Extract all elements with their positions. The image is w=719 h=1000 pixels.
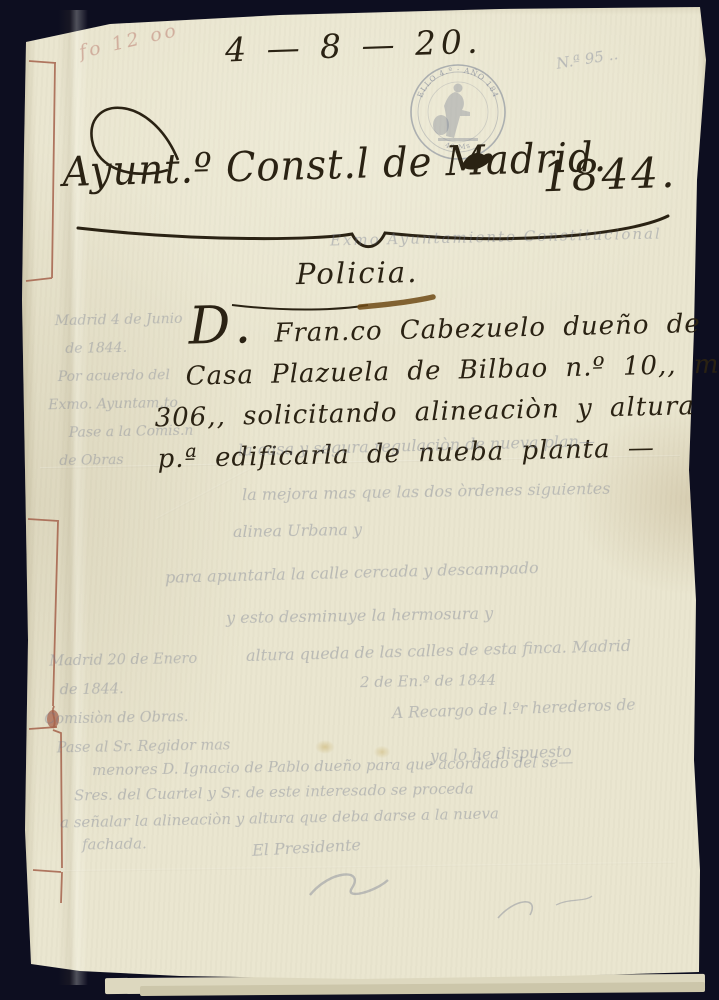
ghost-line: 2 de En.º de 1844 [360,671,496,691]
ghost-line: alinea Urbana y [233,520,362,541]
margin-note-line: Madrid 20 de Enero [49,644,229,676]
margin-note-line: Por acuerdo del [58,361,193,391]
ghost-line: fachada. [82,834,147,853]
margin-note-lower: Madrid 20 de Enero de 1844. Comisiòn de … [43,644,231,763]
margin-note-upper: Madrid 4 de Junio de 1844. Por acuerdo d… [47,305,195,475]
margin-note-line: de 1844. [65,333,192,363]
margin-note-line: Pase a la Comis.n [68,417,193,447]
margin-note-line: Madrid 4 de Junio [55,305,192,335]
margin-note-line: de Obras [59,445,194,475]
section-title: Policia. [296,255,419,291]
margin-note-line: de 1844. [60,673,230,705]
heading-year: 1844. [541,148,678,202]
scanned-manuscript-page: SELLO 4.º · AÑO 1844 40 Ms fo 12 oo 4 — … [0,0,719,1000]
margin-note-line: Exmo. Ayuntam.to [48,389,193,420]
margin-note-line: Comisiòn de Obras. [44,702,230,734]
